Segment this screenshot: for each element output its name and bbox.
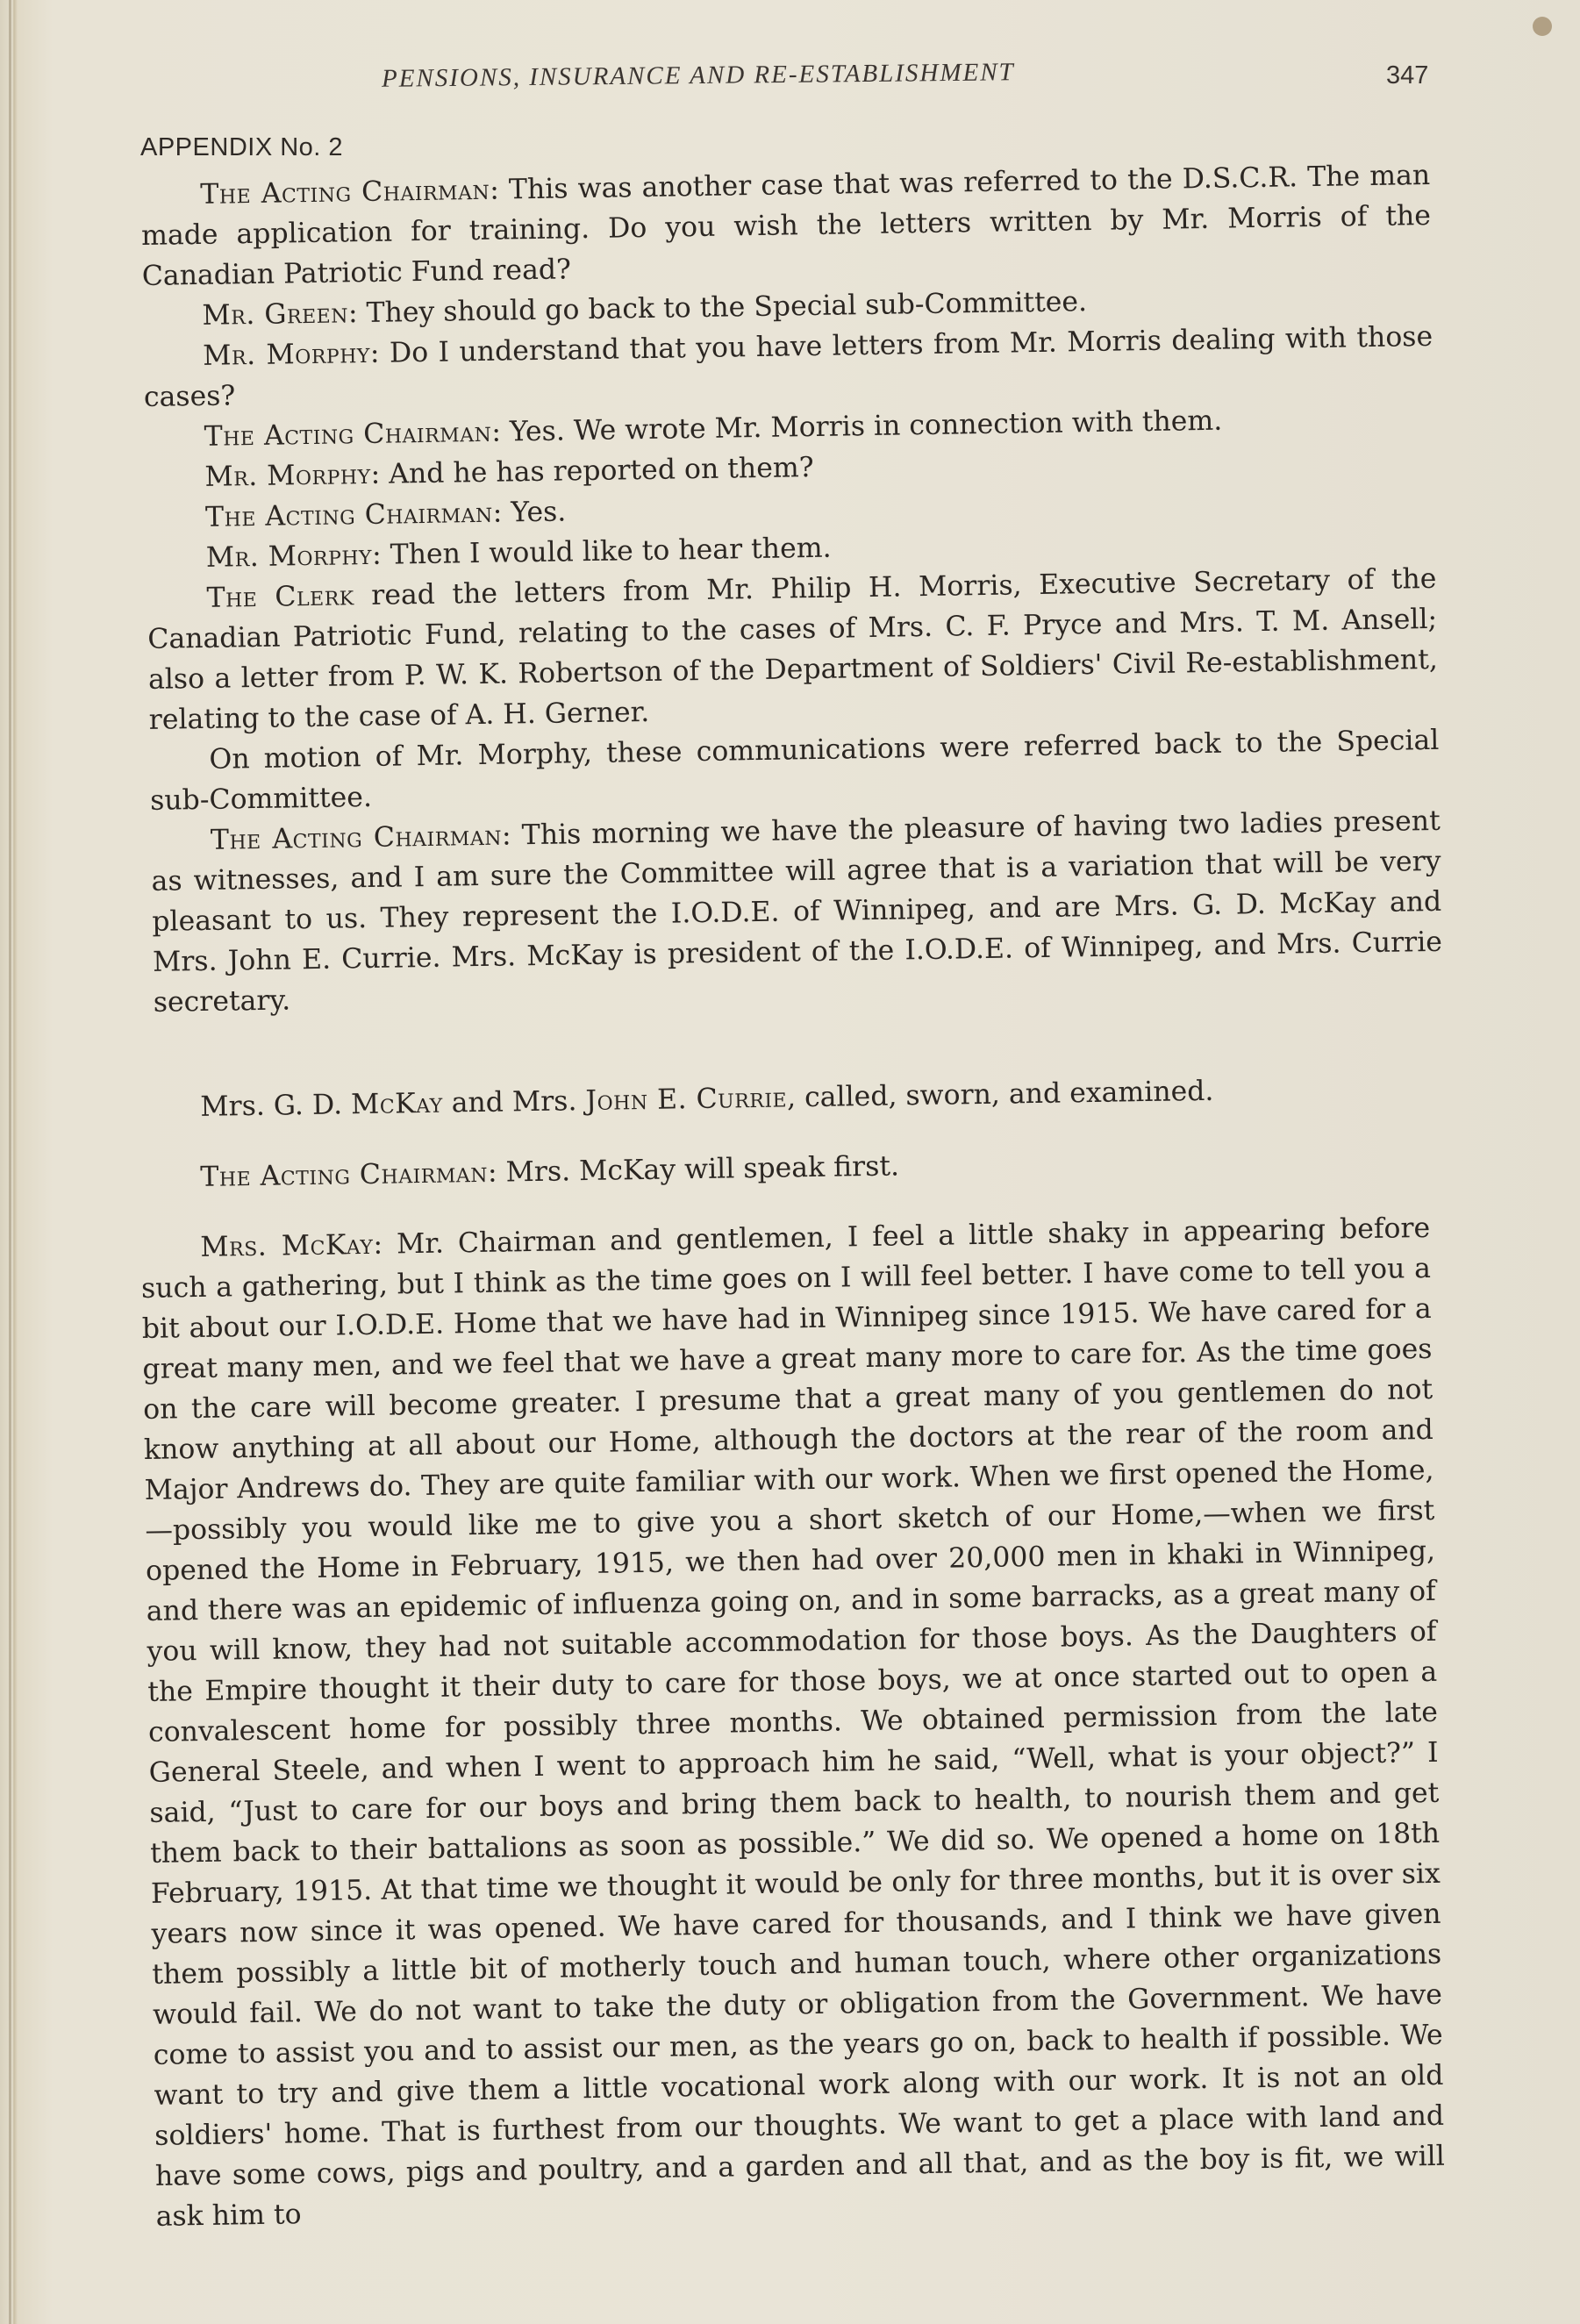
- witness-name: John E. Currie: [585, 1082, 787, 1117]
- speech: And he has reported on them?: [389, 452, 814, 490]
- proceedings-text: The Acting Chairman: This was another ca…: [140, 155, 1443, 1023]
- witness-name: McKay: [351, 1088, 443, 1121]
- binding-edge: [9, 0, 11, 2324]
- chair-intro: The Acting Chairman: Mrs. McKay will spe…: [140, 1138, 1431, 1198]
- speaker: The Acting Chairman: [200, 1157, 488, 1193]
- speech: On motion of Mr. Morphy, these communica…: [150, 725, 1440, 817]
- speaker: Mr. Green: [202, 297, 348, 332]
- speech: Mr. Chairman and gentlemen, I feel a lit…: [141, 1212, 1445, 2233]
- speech: Yes.: [511, 496, 566, 528]
- speaker: The Acting Chairman: [204, 417, 491, 453]
- speaker: Mr. Morphy: [206, 540, 373, 574]
- paragraph: The Acting Chairman: This morning we hav…: [151, 801, 1443, 1023]
- speech: Yes. We wrote Mr. Morris in connection w…: [510, 405, 1223, 448]
- appendix-label: APPENDIX No. 2: [140, 133, 343, 162]
- speech: They should go back to the Special sub-C…: [366, 286, 1087, 329]
- testimony: Mrs. McKay: Mr. Chairman and gentlemen, …: [140, 1208, 1446, 2237]
- speaker: Mrs. McKay: [200, 1229, 374, 1263]
- speaker: The Acting Chairman: [200, 175, 490, 211]
- speech: Mrs. McKay will speak first.: [505, 1150, 899, 1188]
- speaker: Mr. Morphy: [203, 338, 370, 372]
- page-number: 347: [1386, 61, 1428, 90]
- scanned-page: PENSIONS, INSURANCE AND RE-ESTABLISHMENT…: [0, 0, 1580, 2324]
- ink-stain: [1533, 17, 1552, 36]
- running-title: PENSIONS, INSURANCE AND RE-ESTABLISHMENT: [382, 58, 1015, 94]
- paragraph: The Clerk read the letters from Mr. Phil…: [147, 559, 1439, 740]
- speech: Then I would like to hear them.: [390, 533, 831, 571]
- speaker: The Clerk: [206, 580, 354, 614]
- witness-heading: Mrs. G. D. McKay and Mrs. John E. Currie…: [140, 1068, 1431, 1128]
- speaker: The Acting Chairman: [211, 820, 503, 856]
- paragraph: The Acting Chairman: This was another ca…: [140, 155, 1432, 297]
- speaker: Mr. Morphy: [204, 459, 371, 493]
- speaker: The Acting Chairman: [205, 497, 493, 533]
